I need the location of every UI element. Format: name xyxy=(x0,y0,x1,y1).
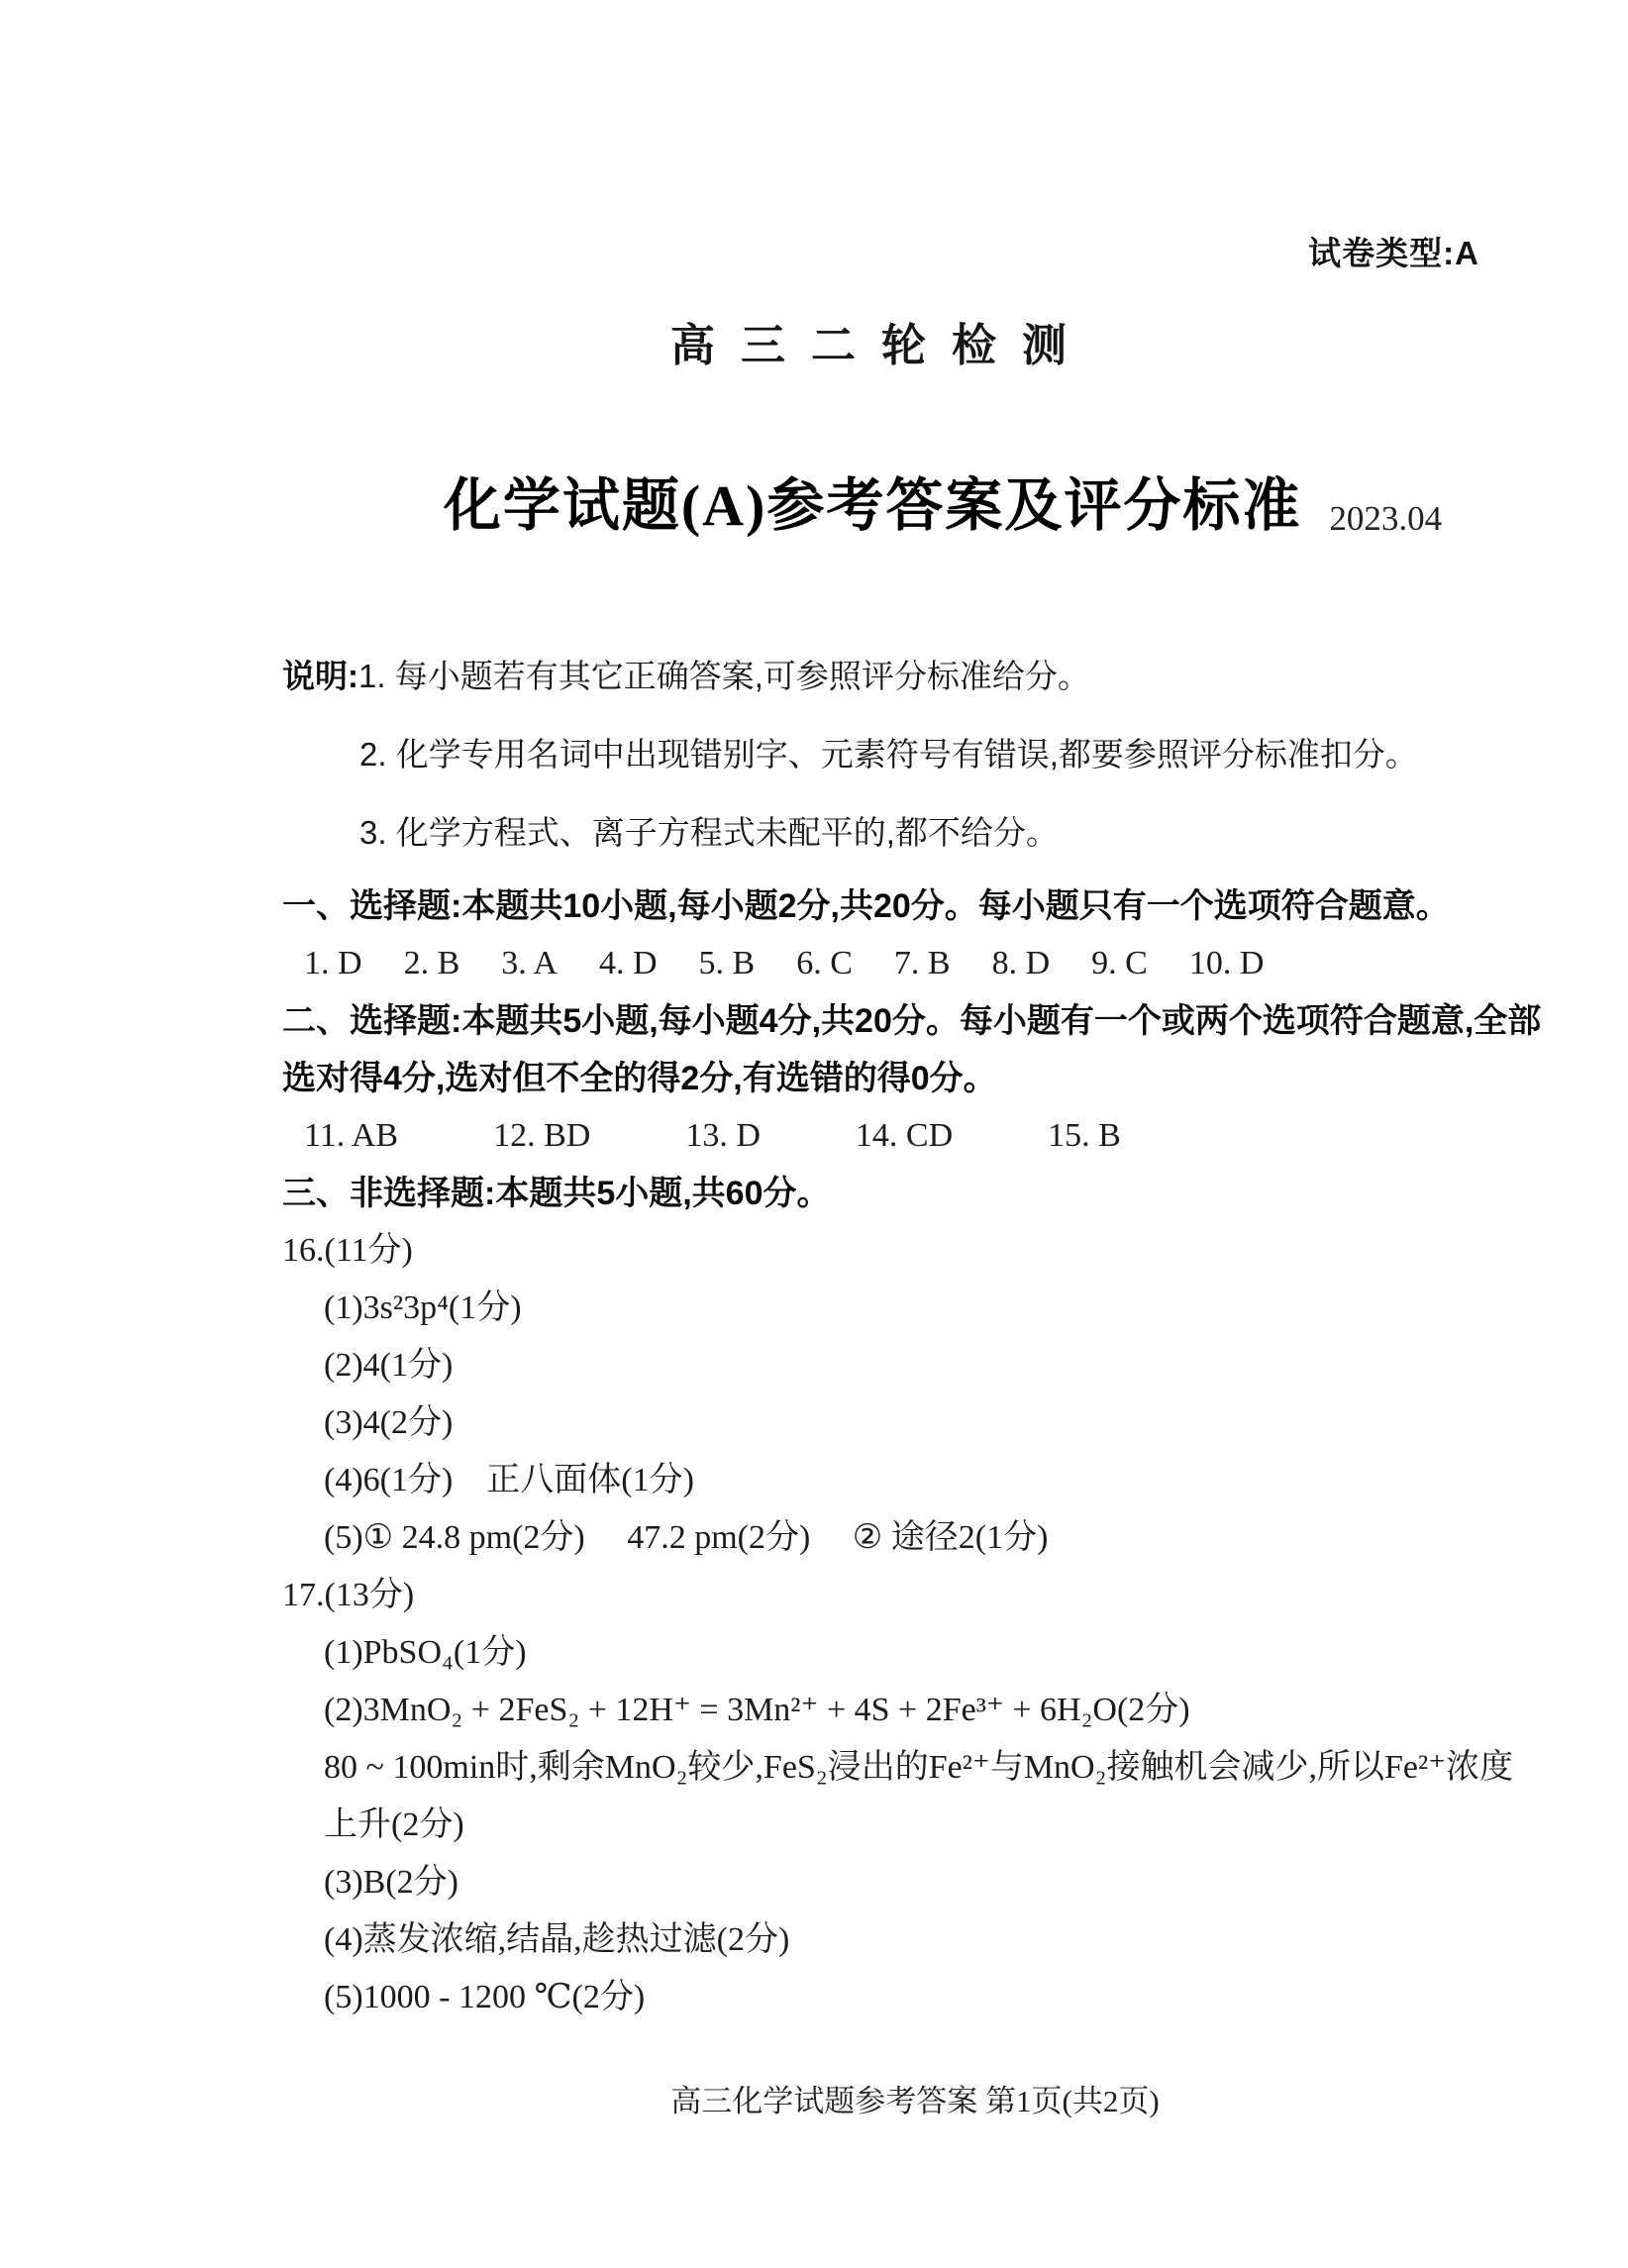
document-page: 试卷类型:A 高三二轮检测 化学试题(A)参考答案及评分标准 2023.04 说… xyxy=(0,0,1628,2268)
question-16-answer-line-5: (5)① 24.8 pm(2分) 47.2 pm(2分) ② 途径2(1分) xyxy=(324,1509,1588,1567)
answer-item-4: 4. D xyxy=(599,935,658,992)
question-16-answer-line-4: (4)6(1分) 正八面体(1分) xyxy=(324,1452,1588,1509)
exam-round-title: 高三二轮检测 xyxy=(0,309,1628,373)
question-17-answer-line-2: (2)3MnO₂ + 2FeS₂ + 12H⁺ = 3Mn²⁺ + 4S + 2… xyxy=(324,1682,1588,1739)
answer-item-1: 1. D xyxy=(304,935,362,992)
document-date: 2023.04 xyxy=(1329,499,1442,553)
section-two-heading: 二、选择题:本题共5小题,每小题4分,共20分。每小题有一个或两个选项符合题意,… xyxy=(282,992,1554,1107)
notes-block: 说明:1. 每小题若有其它正确答案,可参照评分标准给分。 2. 化学专用名词中出… xyxy=(282,637,1559,872)
question-16-title: 16.(11分) xyxy=(282,1222,1628,1280)
question-16-answer-line-3: (3)4(2分) xyxy=(324,1394,1588,1452)
note-item-3: 3. 化学方程式、离子方程式未配平的,都不给分。 xyxy=(282,793,1559,872)
document-title: 化学试题(A)参考答案及评分标准 xyxy=(444,459,1302,553)
question-17-answer-line-1: (1)PbSO₄(1分) xyxy=(324,1624,1588,1682)
note-item-1-text: 1. 每小题若有其它正确答案,可参照评分标准给分。 xyxy=(358,658,1090,694)
paper-type-label: 试卷类型:A xyxy=(1308,228,1479,274)
question-17: 17.(13分) (1)PbSO₄(1分) (2)3MnO₂ + 2FeS₂ +… xyxy=(0,1567,1628,2026)
question-16-answer-line-1: (1)3s²3p⁴(1分) xyxy=(324,1280,1588,1337)
answer-item-12: 12. BD xyxy=(493,1107,590,1165)
section-one-answers: 1. D 2. B 3. A 4. D 5. B 6. C 7. B 8. D … xyxy=(304,935,1628,992)
section-three-heading: 三、非选择题:本题共5小题,共60分。 xyxy=(282,1165,1554,1222)
answer-item-10: 10. D xyxy=(1189,935,1265,992)
note-item-1: 说明:1. 每小题若有其它正确答案,可参照评分标准给分。 xyxy=(282,637,1559,715)
answer-item-9: 9. C xyxy=(1091,935,1148,992)
answer-item-13: 13. D xyxy=(685,1107,761,1165)
answer-item-5: 5. B xyxy=(699,935,756,992)
answer-item-6: 6. C xyxy=(796,935,853,992)
answer-item-15: 15. B xyxy=(1048,1107,1121,1165)
question-16-answer-line-2: (2)4(1分) xyxy=(324,1337,1588,1394)
question-17-answer-line-5: (3)B(2分) xyxy=(324,1854,1588,1911)
section-one-heading: 一、选择题:本题共10小题,每小题2分,共20分。每小题只有一个选项符合题意。 xyxy=(282,877,1554,935)
answer-item-14: 14. CD xyxy=(856,1107,953,1165)
question-17-title: 17.(13分) xyxy=(282,1567,1628,1624)
title-row: 化学试题(A)参考答案及评分标准 2023.04 xyxy=(0,454,1628,553)
question-17-answer-line-4: 上升(2分) xyxy=(324,1797,1588,1854)
question-17-answer-line-6: (4)蒸发浓缩,结晶,趁热过滤(2分) xyxy=(324,1911,1588,1969)
question-17-answer-line-7: (5)1000 - 1200 ℃(2分) xyxy=(324,1969,1588,2026)
section-two-answers: 11. AB 12. BD 13. D 14. CD 15. B xyxy=(304,1107,1628,1165)
page-footer: 高三化学试题参考答案 第1页(共2页) xyxy=(0,2082,1628,2121)
question-17-answer-line-3: 80 ~ 100min时,剩余MnO₂较少,FeS₂浸出的Fe²⁺与MnO₂接触… xyxy=(324,1739,1588,1797)
answer-item-7: 7. B xyxy=(894,935,951,992)
answer-item-8: 8. D xyxy=(992,935,1051,992)
answer-item-11: 11. AB xyxy=(304,1107,398,1165)
question-16: 16.(11分) (1)3s²3p⁴(1分) (2)4(1分) (3)4(2分)… xyxy=(0,1222,1628,1567)
answer-item-2: 2. B xyxy=(404,935,460,992)
note-item-2: 2. 化学专用名词中出现错别字、元素符号有错误,都要参照评分标准扣分。 xyxy=(282,715,1559,793)
answer-item-3: 3. A xyxy=(501,935,558,992)
notes-label: 说明: xyxy=(282,658,358,694)
